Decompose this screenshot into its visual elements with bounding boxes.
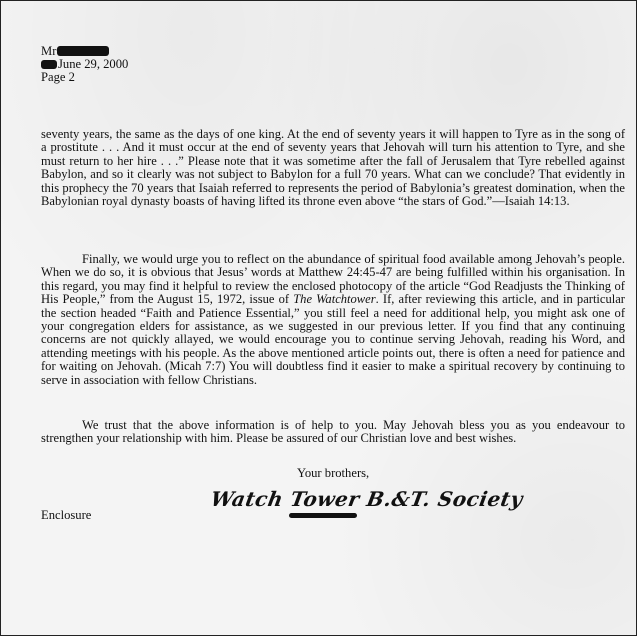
publication-title: The Watchtower <box>293 292 375 306</box>
letter-page: Mr June 29, 2000 Page 2 seventy years, t… <box>0 0 637 636</box>
closing-line: Your brothers, <box>297 466 369 481</box>
enclosure-label: Enclosure <box>41 508 91 523</box>
salutation-prefix: Mr <box>41 44 56 58</box>
letter-header: Mr June 29, 2000 Page 2 <box>41 45 128 84</box>
signature-text: Watch Tower B.&T. Society <box>209 487 525 511</box>
paragraph-2: Finally, we would urge you to reflect on… <box>41 253 625 387</box>
page-number: Page 2 <box>41 71 128 84</box>
paragraph-1: seventy years, the same as the days of o… <box>41 128 625 208</box>
paragraph-2-part-2: . If, after reviewing this article, and … <box>41 292 625 386</box>
redacted-reference <box>41 60 57 69</box>
paragraph-3: We trust that the above information is o… <box>41 419 625 446</box>
letter-date: June 29, 2000 <box>58 57 128 71</box>
signature-underline <box>289 513 357 518</box>
redacted-name <box>57 46 109 56</box>
signature: Watch Tower B.&T. Society <box>211 485 451 525</box>
